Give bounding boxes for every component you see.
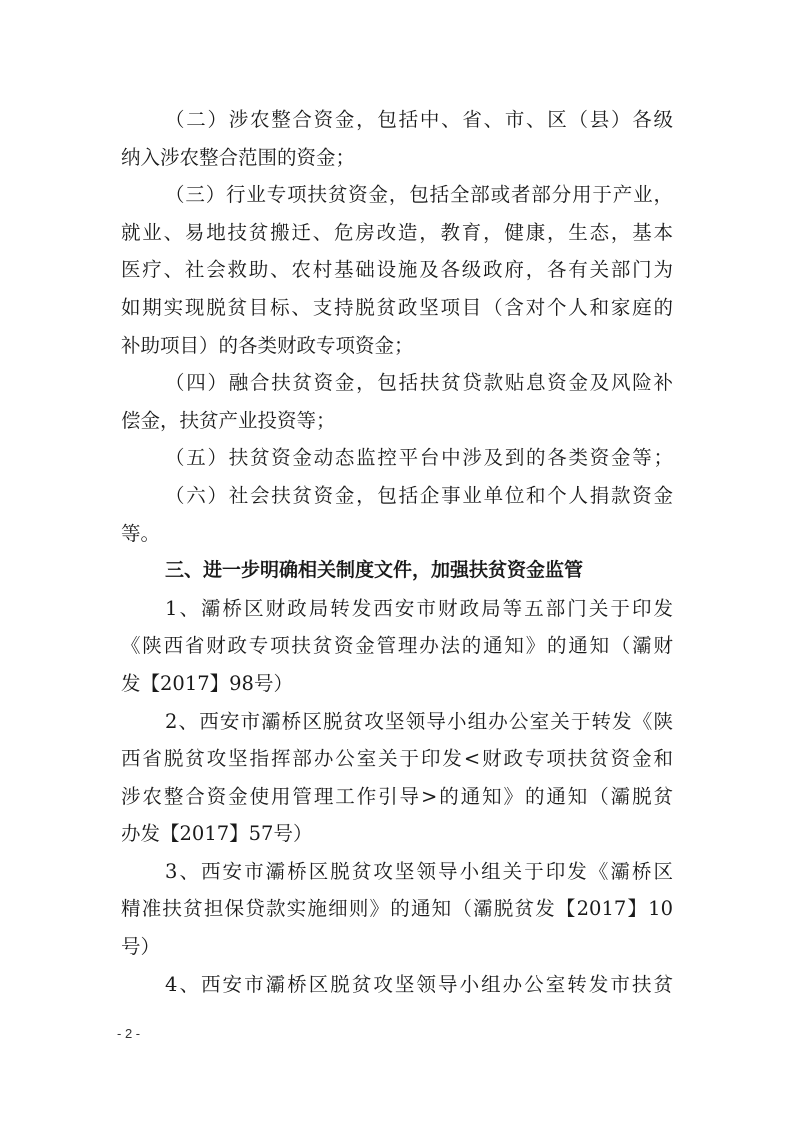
- text-line: （六）社会扶贫资金，包括企事业单位和个人捐款资金: [121, 477, 673, 515]
- text-line: （五）扶贫资金动态监控平台中涉及到的各类资金等；: [121, 439, 673, 477]
- text-line: 办发【2017】57号）: [121, 815, 673, 853]
- text-line: 纳入涉农整合范围的资金；: [121, 139, 673, 177]
- text-line: 4、西安市灞桥区脱贫攻坚领导小组办公室转发市扶贫: [121, 966, 673, 1004]
- document-body: （二）涉农整合资金，包括中、省、市、区（县）各级 纳入涉农整合范围的资金； （三…: [121, 101, 673, 1003]
- text-line: 就业、易地技贫搬迁、危房改造，教育，健康，生态，基本: [121, 214, 673, 252]
- text-line: 发【2017】98号）: [121, 665, 673, 703]
- text-line: （四）融合扶贫资金，包括扶贫贷款贴息资金及风险补: [121, 364, 673, 402]
- section-heading: 三、进一步明确相关制度文件，加强扶贫资金监管: [121, 552, 673, 590]
- text-line: 精准扶贫担保贷款实施细则》的通知（灞脱贫发【2017】10: [121, 890, 673, 928]
- text-line: （三）行业专项扶贫资金，包括全部或者部分用于产业，: [121, 176, 673, 214]
- text-line: 2、西安市灞桥区脱贫攻坚领导小组办公室关于转发《陕: [121, 703, 673, 741]
- text-line: 偿金，扶贫产业投资等；: [121, 402, 673, 440]
- text-line: 《陕西省财政专项扶贫资金管理办法的通知》的通知（灞财: [121, 627, 673, 665]
- document-page: （二）涉农整合资金，包括中、省、市、区（县）各级 纳入涉农整合范围的资金； （三…: [0, 0, 793, 1122]
- text-line: 涉农整合资金使用管理工作引导>的通知》的通知（灞脱贫: [121, 778, 673, 816]
- text-line: 3、西安市灞桥区脱贫攻坚领导小组关于印发《灞桥区: [121, 853, 673, 891]
- text-line: （二）涉农整合资金，包括中、省、市、区（县）各级: [121, 101, 673, 139]
- text-line: 西省脱贫攻坚指挥部办公室关于印发<财政专项扶贫资金和: [121, 740, 673, 778]
- text-line: 医疗、社会救助、农村基础设施及各级政府，各有关部门为: [121, 251, 673, 289]
- text-line: 如期实现脱贫目标、支持脱贫政坚项目（含对个人和家庭的: [121, 289, 673, 327]
- text-line: 等。: [121, 515, 673, 553]
- text-line: 补助项目）的各类财政专项资金；: [121, 327, 673, 365]
- page-number: - 2 -: [117, 1026, 140, 1041]
- text-line: 号）: [121, 928, 673, 966]
- text-line: 1、灞桥区财政局转发西安市财政局等五部门关于印发: [121, 590, 673, 628]
